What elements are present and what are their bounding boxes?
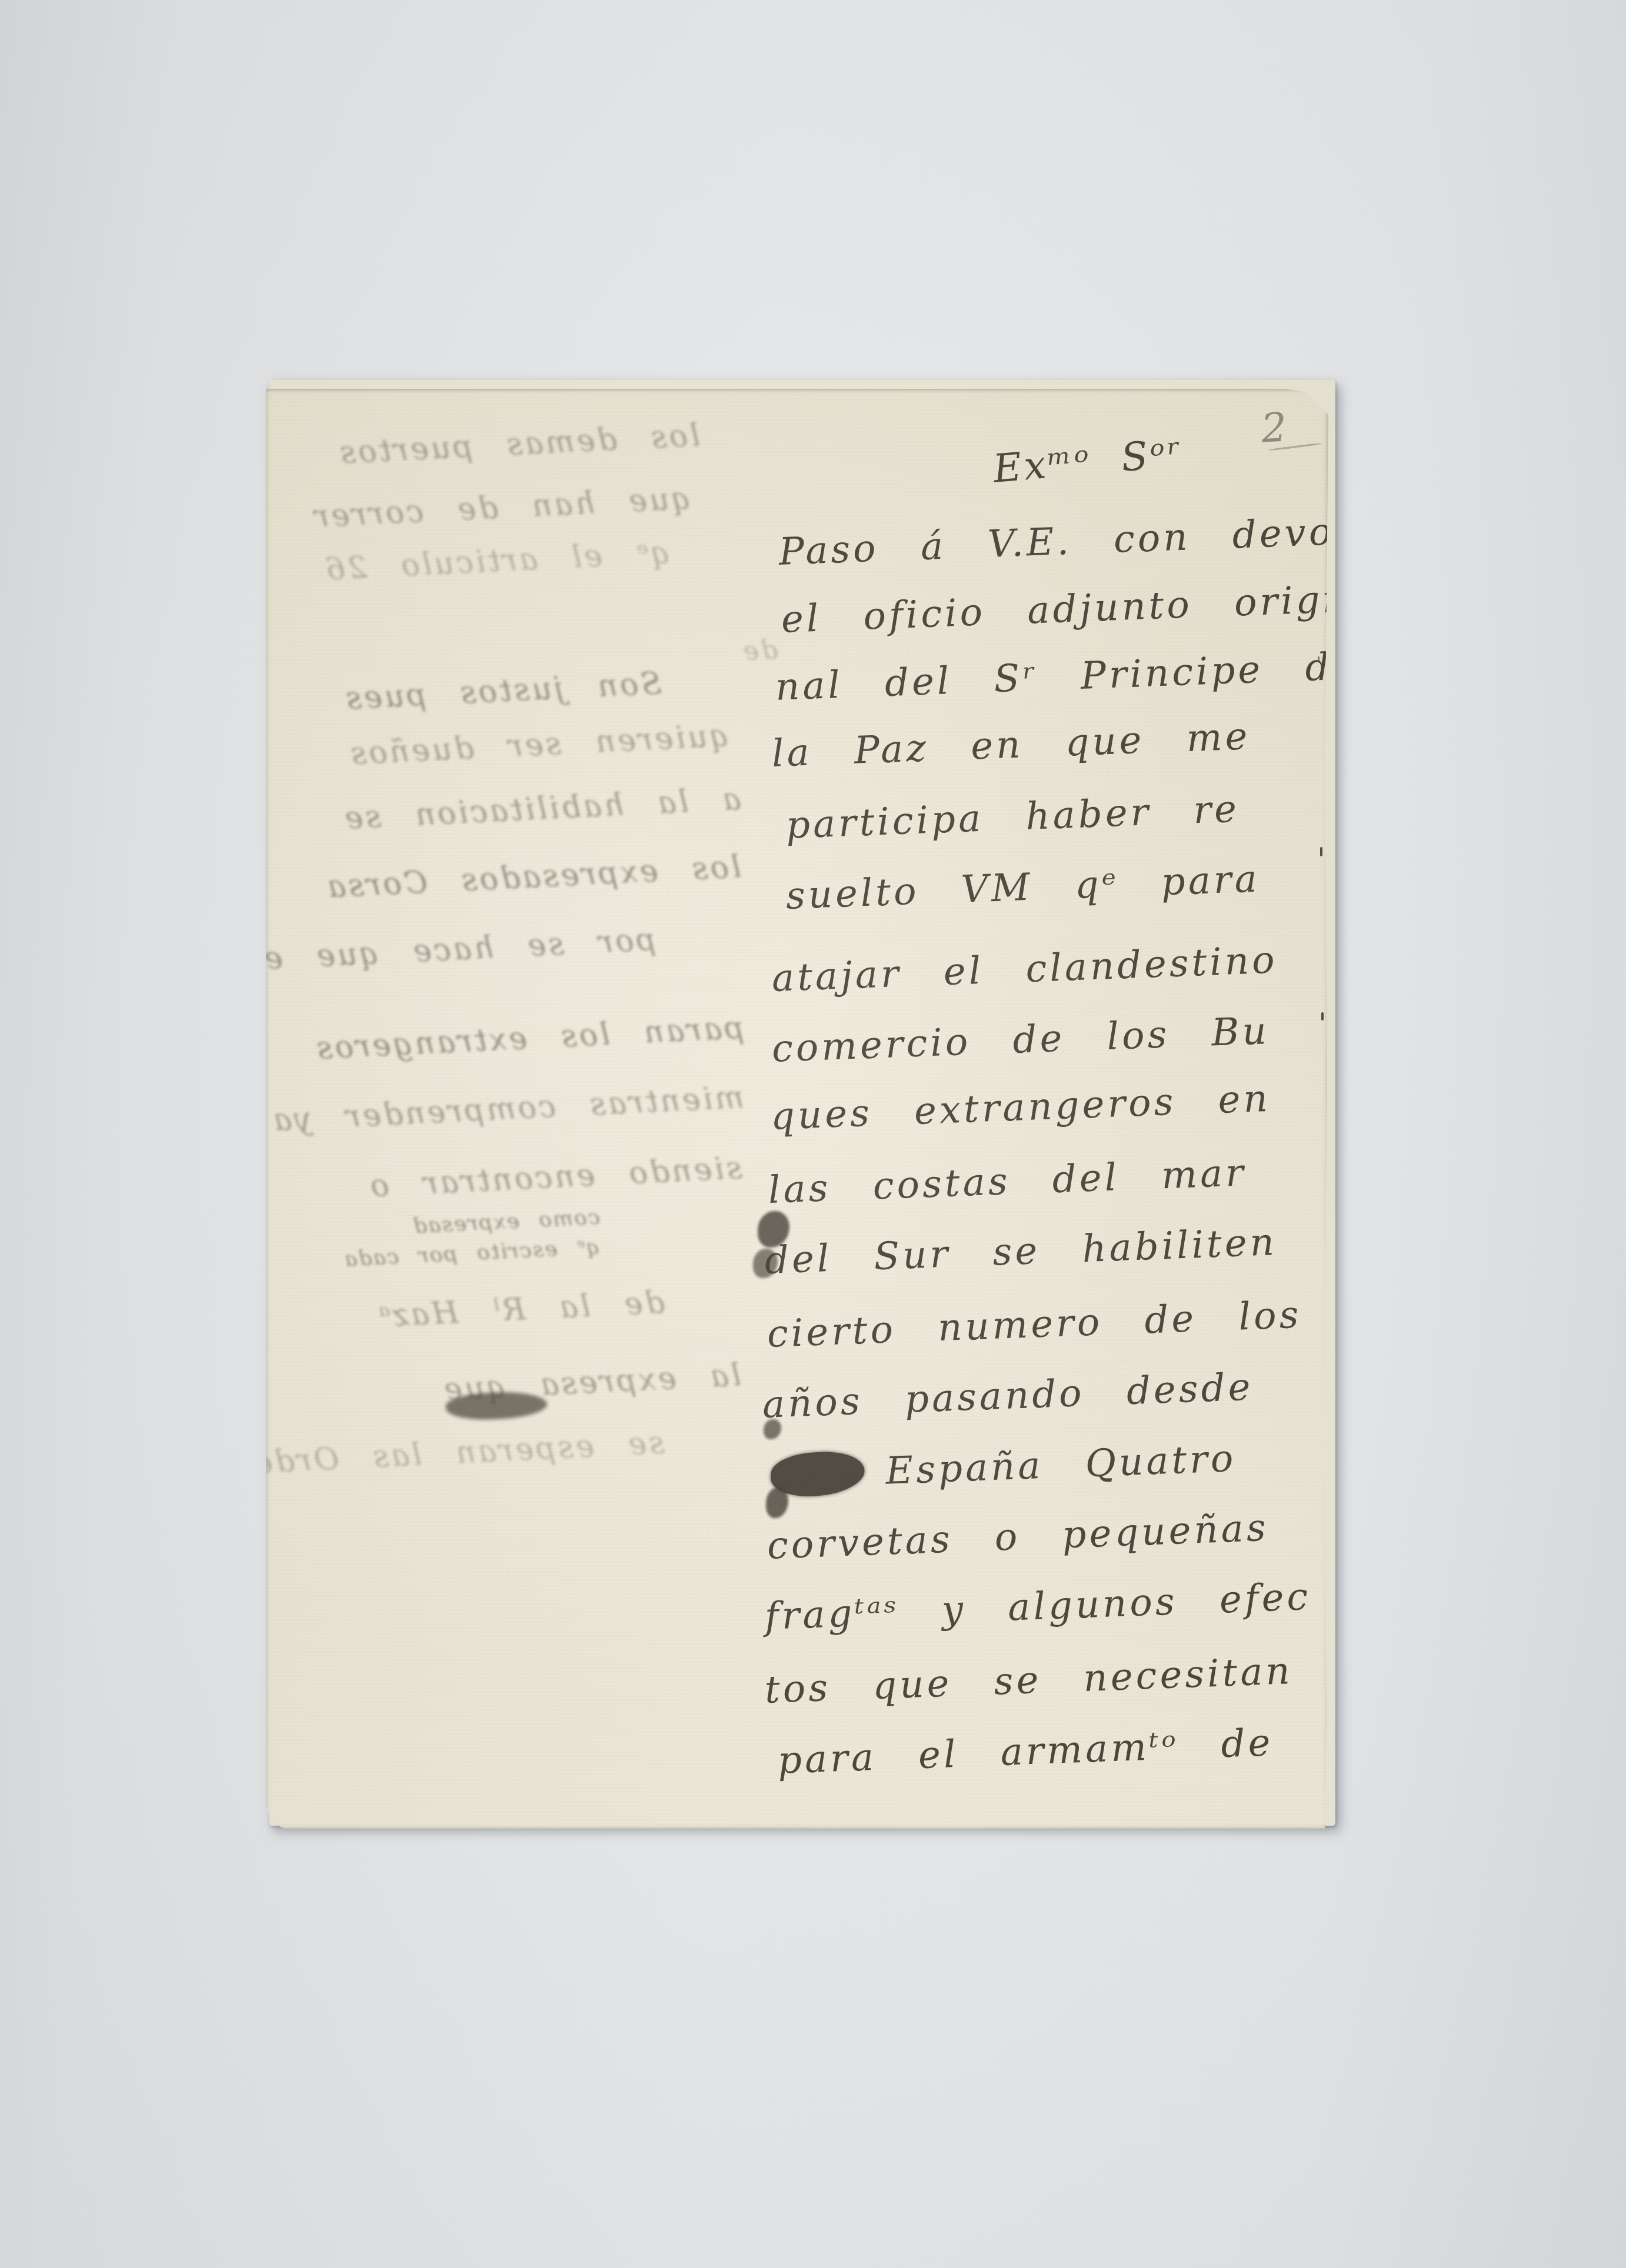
ink-blot (764, 1419, 781, 1439)
bleedthrough-line: paran los extrangeros (320, 1010, 745, 1066)
letter-line: del Sur se habiliten (764, 1209, 1601, 1283)
letter-line: suelto VM qᵉ para (785, 844, 1622, 918)
manuscript-photo: 2 Exᵐᵒ Sᵒʳ Paso á V.E. con devolucion el… (0, 0, 1626, 2268)
letter-line: comercio de los Bu (771, 997, 1608, 1071)
letter-line: corvetas o pequeñas (767, 1494, 1603, 1568)
letter-line: tos que se necesitan (764, 1638, 1601, 1712)
letter-line: las costas del mar (768, 1138, 1604, 1212)
ink-blot (766, 1487, 788, 1518)
pencil-folio-number: 2 (1260, 402, 1322, 449)
bleedthrough-fragment: de (736, 635, 778, 666)
letter-page: 2 Exᵐᵒ Sᵒʳ Paso á V.E. con devolucion el… (266, 389, 1328, 1829)
bleedthrough-line: los expresados Corsa (305, 849, 742, 906)
letter-line: cierto numero de los (767, 1282, 1603, 1356)
bleedthrough-line: los demas puertos (346, 418, 701, 470)
bleedthrough-interline: como expresad (376, 1205, 601, 1240)
letter-line: nal del Sʳ Principe de (775, 635, 1611, 709)
letter-line: Paso á V.E. con devolucion (778, 500, 1615, 574)
letter-line: el oficio adjunto origi (781, 568, 1617, 642)
bleedthrough-line: de la Rˡ Hazᵃ (388, 1285, 665, 1334)
bleedthrough-line: Son justos pues (344, 666, 662, 716)
edge-ink-speck (1320, 847, 1322, 856)
bleedthrough-line: siendo encontrar o (283, 1150, 743, 1208)
bleedthrough-line: que han de correr (338, 481, 692, 533)
bleedthrough-line: mientras comprender ya (279, 1080, 745, 1138)
edge-ink-speck (1321, 1012, 1324, 1020)
bleedthrough-line: qᵉ el articulo 26 (299, 535, 671, 589)
bleedthrough-line: se esperan las Ordes (305, 1425, 665, 1478)
letter-line: atajar el clandestino (771, 926, 1608, 1000)
letter-line: unaEspaña Quatro (770, 1423, 1607, 1497)
bleedthrough-interline: qᵉ escrito por cada (341, 1235, 600, 1271)
bleedthrough-line: a la habilitacion se (276, 782, 742, 840)
letter-line: fragᵗᵃˢ y algunos efec (764, 1565, 1601, 1639)
letter-line: ques extrangeros en (770, 1065, 1607, 1139)
edge-ink-speck (1318, 656, 1320, 662)
letter-line: años pasando desde (762, 1353, 1598, 1427)
bleedthrough-line: por se hace que esto (308, 922, 657, 975)
bleedthrough-line: quieren ser dueños (311, 718, 730, 774)
letter-line: participa haber re (785, 773, 1622, 848)
letter-line: para el armamᵗᵒ de (777, 1709, 1614, 1783)
letter-line: la Paz en que me (771, 702, 1608, 776)
salutation-heading: Exᵐᵒ Sᵒʳ (991, 430, 1185, 492)
letter-line-text: España Quatro (885, 1437, 1237, 1493)
